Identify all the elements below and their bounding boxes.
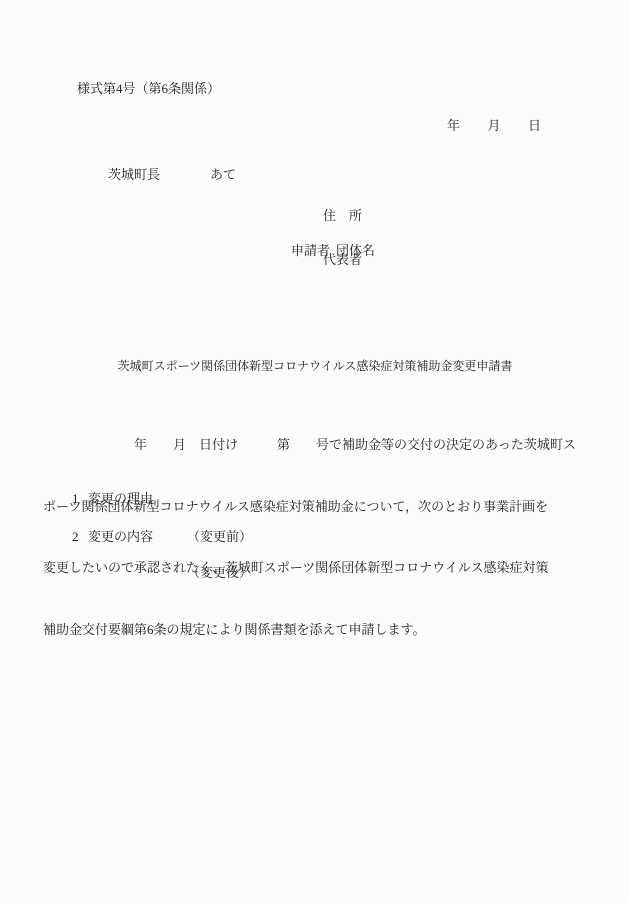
addressee-line: 茨城町長あて [95,155,236,194]
item-1-label: 変更の理由 [88,492,153,505]
body-line-4: 補助金交付要綱第6条の規定により関係書類を添えて申請します。 [43,620,558,641]
form-number: 様式第4号（第6条関係） [77,82,220,95]
item-1-number: 1 [72,492,79,505]
document-title: 茨城町スポーツ関係団体新型コロナウイルス感染症対策補助金変更申請書 [0,360,630,372]
item-2-after-change-label: （変更後） [187,566,252,579]
application-form-page: 様式第4号（第6条関係） 年 月 日 茨城町長あて 住 所 申請者団体名 代表者… [0,0,630,903]
item-2-before-change-label: （変更前） [187,530,252,543]
body-line-1: 年 月 日付け 第 号で補助金等の交付の決定のあった茨城町ス [43,435,558,456]
date-line: 年 月 日 [447,119,542,132]
addressee-suffix: あて [210,167,236,182]
applicant-address-label: 住 所 [323,209,362,222]
applicant-representative-label: 代表者 [323,253,362,266]
item-2-number: 2 [72,530,79,543]
addressee-name: 茨城町長 [108,167,160,182]
item-2-label: 変更の内容 [88,530,153,543]
body-line-3: 変更したいので承認されたく、茨城町スポーツ関係団体新型コロナウイルス感染症対策 [43,558,558,579]
